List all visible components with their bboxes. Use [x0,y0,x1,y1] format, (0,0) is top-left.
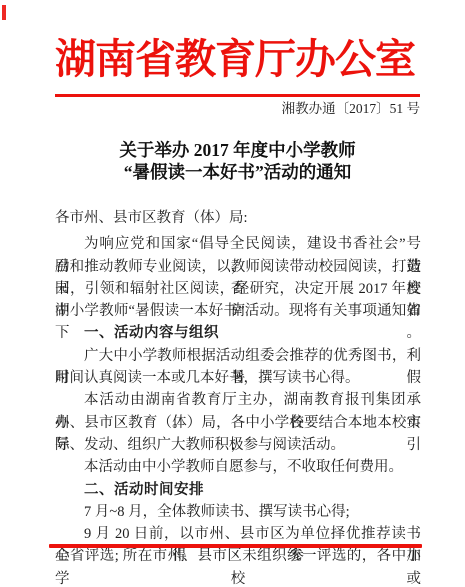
body-line: 全省评选; 所在市州、县市区未组织统一评选的，各中小学校或 [55,545,421,567]
document-number: 湘教办通〔2017〕51 号 [282,101,420,117]
document-title: 关于举办 2017 年度中小学教师 “暑假读一本好书”活动的通知 [5,139,465,183]
body-line: 励和推动教师专业阅读，以教师阅读带动校园阅读，打造书香校 [55,256,421,278]
body-line: 中小学教师“暑假读一本好书”活动。现将有关事项通知如下。 [55,300,421,322]
body-line: 本活动由中小学教师自愿参与，不收取任何费用。 [55,456,421,478]
body-line: 园，引领和辐射社区阅读，经研究，决定开展 2017 年度湖南省 [55,278,421,300]
body-line: 本活动由湖南省教育厅主办，湖南教育报刊集团承办。各市 [55,389,421,411]
document-body: 各市州、县市区教育（体）局: 为响应党和国家“倡导全民阅读，建设书香社会”号召，… [55,207,421,568]
masthead-title: 湖南省教育厅办公室 [40,33,430,85]
document-title-line-2: “暑假读一本好书”活动的通知 [5,161,465,183]
document-title-line-1: 关于举办 2017 年度中小学教师 [5,139,465,161]
salutation: 各市州、县市区教育（体）局: [55,207,421,229]
body-line: 9 月 20 日前，以市州、县市区为单位择优推荐读书心得参加 [55,523,421,545]
red-underline-annotation [49,544,422,548]
body-line: 广大中小学教师根据活动组委会推荐的优秀图书，利用暑假 [55,345,421,367]
section-heading-2: 二、活动时间安排 [55,479,421,501]
document-page: 湖南省教育厅办公室 湘教办通〔2017〕51 号 关于举办 2017 年度中小学… [0,0,465,587]
body-line: 州、县市区教育（体）局，各中小学校要结合本地本校实际，引 [55,412,421,434]
body-line: 7 月~8 月，全体教师读书、撰写读书心得; [55,501,421,523]
corner-red-mark [2,5,6,20]
masthead-red-rule [55,94,420,97]
body-line: 为响应党和国家“倡导全民阅读，建设书香社会”号召，鼓 [55,233,421,255]
